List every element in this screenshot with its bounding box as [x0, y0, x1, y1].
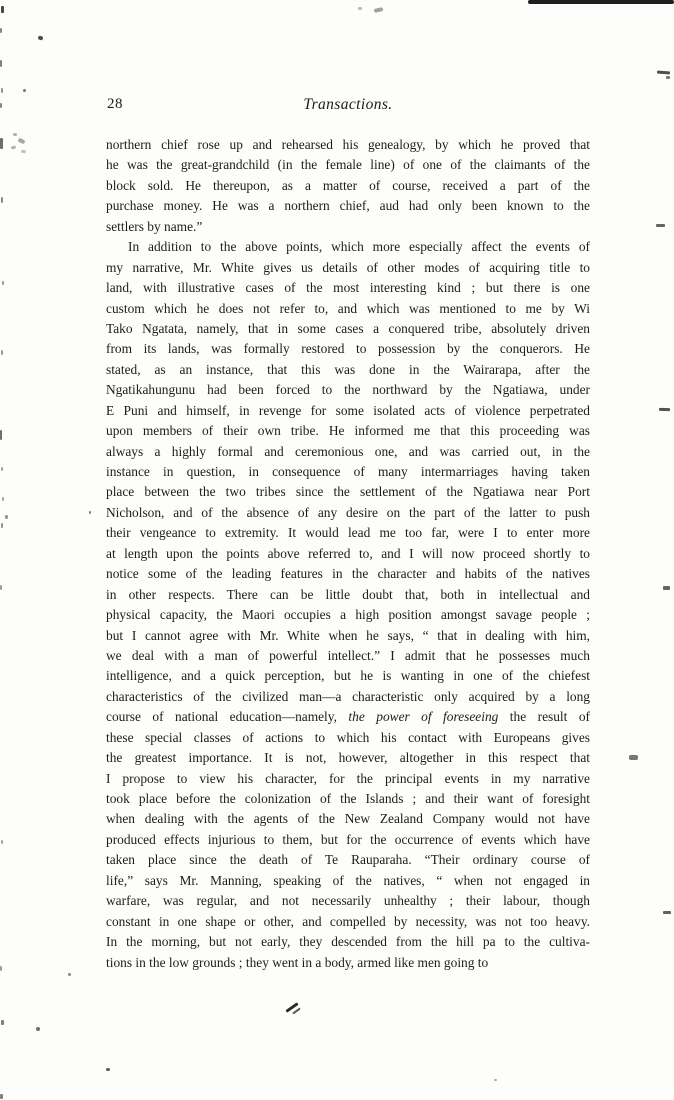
scan-mark	[666, 76, 670, 79]
scan-mark	[374, 7, 384, 13]
text-line: constant in one shape or other, and comp…	[106, 912, 590, 932]
text-line: produced effects injurious to them, but …	[106, 830, 590, 850]
text-line: from its lands, was formally restored to…	[106, 339, 590, 359]
scan-mark	[21, 150, 26, 154]
scan-mark	[629, 755, 638, 760]
scan-mark	[1, 840, 3, 844]
text-line: their vengeance to extremity. It would l…	[106, 523, 590, 543]
scan-mark	[1, 197, 3, 203]
text-line: in other respects. There can be little d…	[106, 585, 590, 605]
text-line: place between the two tribes since the s…	[106, 482, 590, 502]
scan-mark	[663, 911, 671, 914]
text-line: characteristics of the civilized man—a c…	[106, 687, 590, 707]
text-line: but I cannot agree with Mr. White when h…	[106, 626, 590, 646]
paragraph: In addition to the above points, which m…	[106, 237, 590, 973]
scan-mark	[0, 103, 2, 108]
text-line: life,” says Mr. Manning, speaking of the…	[106, 871, 590, 891]
text-line: I propose to view his character, for the…	[106, 769, 590, 789]
scan-mark	[1, 6, 4, 13]
text-line: Ngatikahungunu had been forced to the no…	[106, 380, 590, 400]
text-line: instance in question, in consequence of …	[106, 462, 590, 482]
scan-mark	[659, 408, 670, 411]
text-line: Nicholson, and of the absence of any des…	[106, 503, 590, 523]
text-line: warfare, was regular, and not necessaril…	[106, 891, 590, 911]
page-number: 28	[107, 96, 123, 113]
text-line: course of national education—namely, the…	[106, 707, 590, 727]
text-line: E Puni and himself, in revenge for some …	[106, 401, 590, 421]
text-line: settlers by name.”	[106, 217, 590, 237]
text-line: the greatest importance. It is not, howe…	[106, 748, 590, 768]
scan-mark	[0, 585, 2, 590]
scan-mark	[528, 0, 674, 4]
text-line: custom which he does not refer to, and w…	[106, 299, 590, 319]
scan-mark	[2, 497, 4, 501]
scan-mark	[2, 281, 4, 285]
scan-mark	[657, 71, 670, 75]
scan-mark	[358, 7, 362, 10]
scan-mark	[0, 966, 2, 971]
scanned-book-page: 28 Transactions. northern chief rose up …	[0, 0, 674, 1100]
text-line: he was the great-grandchild (in the fema…	[106, 155, 590, 175]
scan-mark	[1, 88, 3, 93]
scan-mark	[0, 430, 2, 440]
running-header: Transactions.	[106, 96, 590, 114]
scan-mark	[23, 89, 26, 92]
scan-mark	[37, 35, 43, 40]
text-line: Tako Ngatata, namely, that in some cases…	[106, 319, 590, 339]
scan-mark	[1, 467, 3, 471]
scan-mark	[656, 224, 665, 227]
scan-mark	[0, 28, 2, 33]
text-line: taken place since the death of Te Raupar…	[106, 850, 590, 870]
text-line: these special classes of actions to whic…	[106, 728, 590, 748]
scan-mark	[13, 133, 17, 136]
scan-mark	[1, 1020, 4, 1025]
text-line: land, with illustrative cases of the mos…	[106, 278, 590, 298]
scan-mark	[494, 1079, 497, 1081]
scan-mark	[17, 138, 25, 145]
scan-mark	[1, 523, 3, 528]
text-line: my narrative, Mr. White gives us details…	[106, 258, 590, 278]
scan-mark	[0, 1094, 3, 1099]
text-line: notice some of the leading features in t…	[106, 564, 590, 584]
text-line: physical capacity, the Maori occupies a …	[106, 605, 590, 625]
text-line: intelligence, and a quick perception, bu…	[106, 666, 590, 686]
text-line: block sold. He thereupon, as a matter of…	[106, 176, 590, 196]
text-line: In addition to the above points, which m…	[106, 237, 590, 257]
text-line: took place before the colonization of th…	[106, 789, 590, 809]
text-line: tions in the low grounds ; they went in …	[106, 953, 590, 973]
text-line: stated, as an instance, that this was do…	[106, 360, 590, 380]
text-line: upon members of their own tribe. He info…	[106, 421, 590, 441]
scan-mark	[106, 1068, 110, 1071]
text-line: purchase money. He was a northern chief,…	[106, 196, 590, 216]
text-line: always a highly formal and ceremonious o…	[106, 442, 590, 462]
text-line: at length upon the points above referred…	[106, 544, 590, 564]
scan-mark	[89, 511, 91, 514]
scan-mark	[663, 586, 670, 590]
scan-mark	[1, 350, 3, 355]
scan-mark	[0, 60, 2, 67]
page-body-text: northern chief rose up and rehearsed his…	[106, 135, 590, 973]
page-header: 28 Transactions.	[106, 96, 590, 118]
scan-mark	[292, 1008, 301, 1015]
text-line: we deal with a man of powerful intellect…	[106, 646, 590, 666]
text-line: northern chief rose up and rehearsed his…	[106, 135, 590, 155]
scan-mark	[36, 1027, 40, 1031]
text-line: In the morning, but not early, they desc…	[106, 932, 590, 952]
scan-mark	[5, 515, 8, 519]
paragraph: northern chief rose up and rehearsed his…	[106, 135, 590, 237]
scan-mark	[68, 973, 71, 976]
text-line: when dealing with the agents of the New …	[106, 809, 590, 829]
scan-mark	[0, 138, 3, 149]
scan-mark	[11, 145, 17, 149]
